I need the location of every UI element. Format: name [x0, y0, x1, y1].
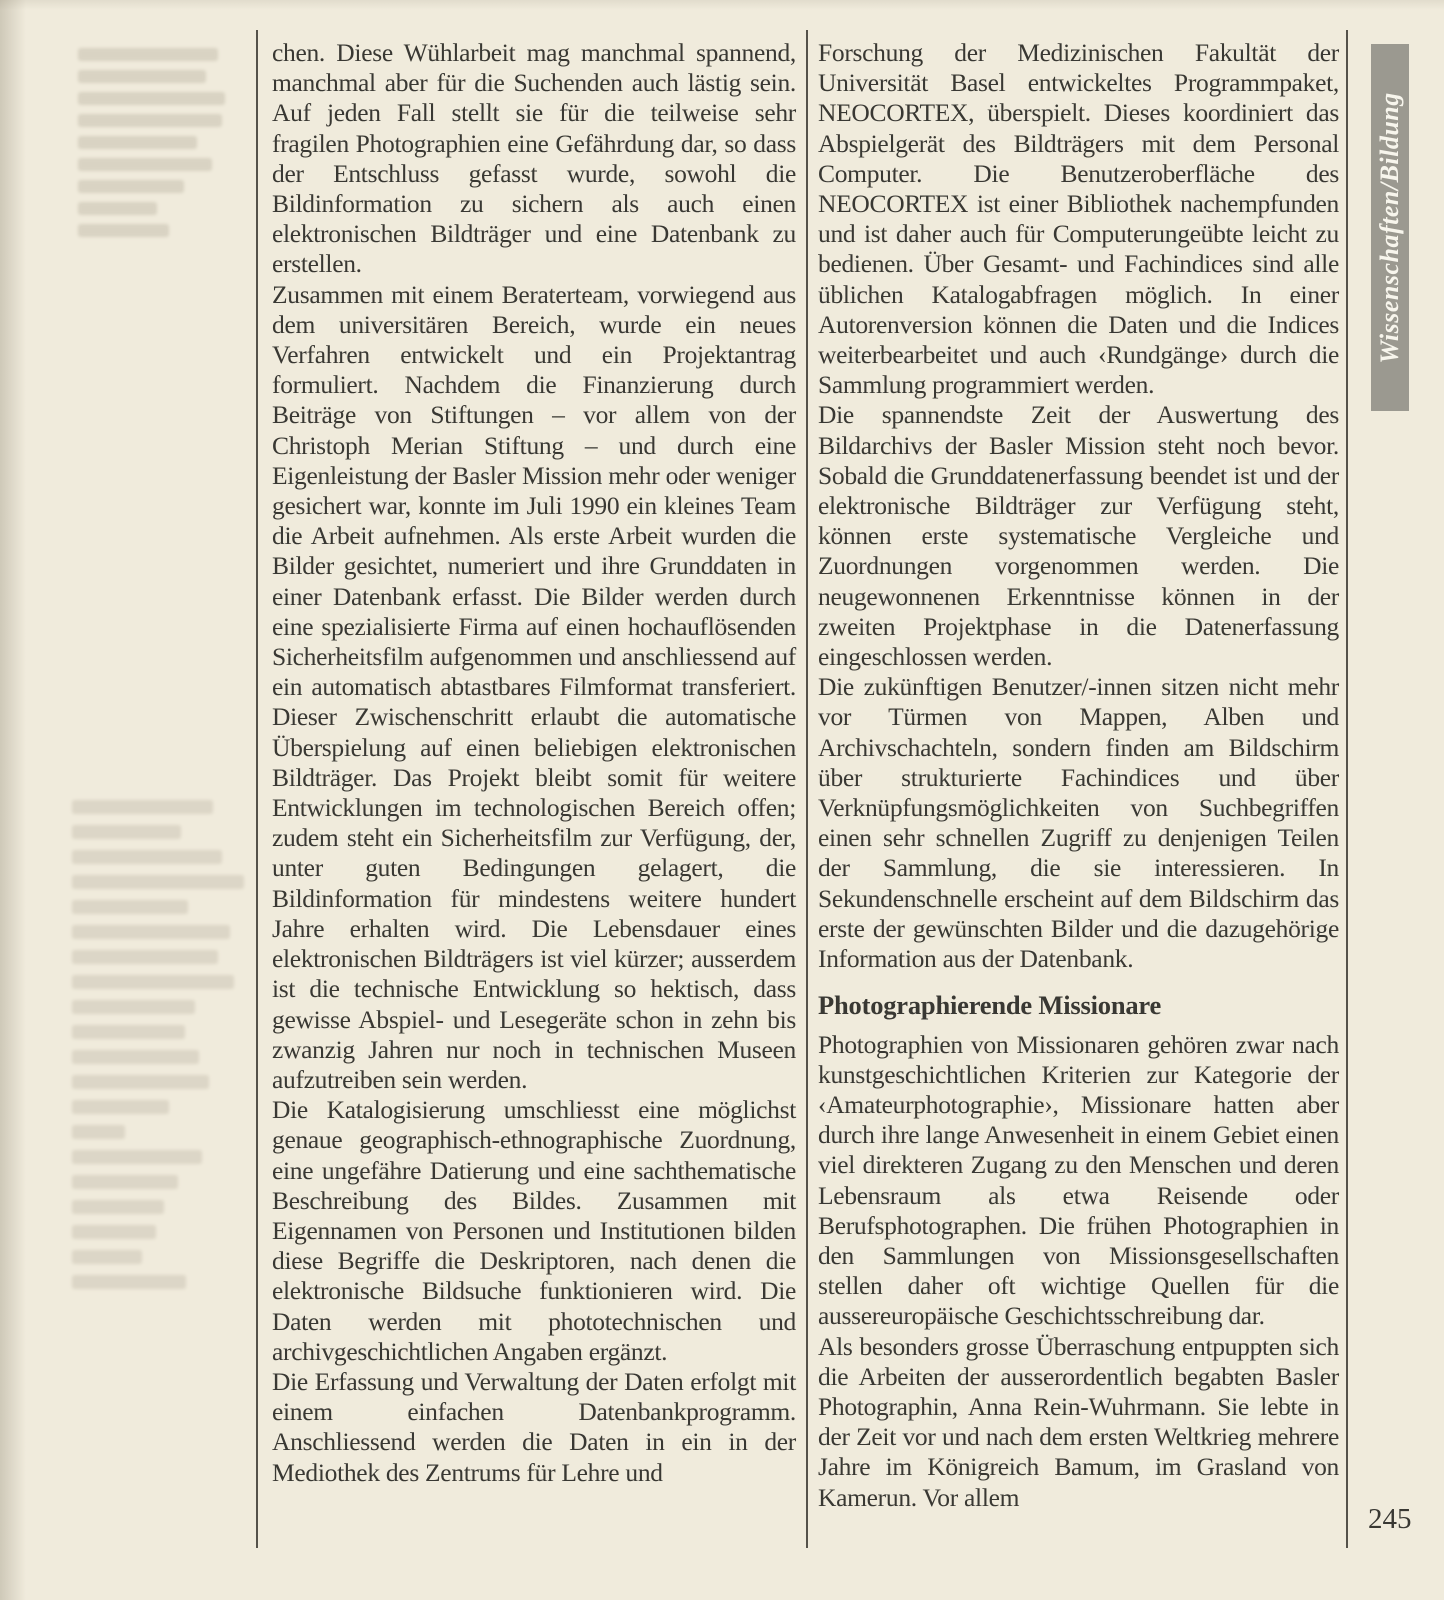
text-column-left: chen. Diese Wühlarbeit mag manchmal span…	[272, 38, 796, 1488]
print-through-line	[78, 158, 212, 171]
body-paragraph: chen. Diese Wühlarbeit mag manchmal span…	[272, 38, 796, 280]
print-through-line	[78, 224, 169, 237]
body-paragraph: Forschung der Medizinischen Fakultät der…	[818, 38, 1339, 400]
body-paragraph: Die Erfassung und Verwaltung der Daten e…	[272, 1367, 796, 1488]
column-rule-right	[1346, 30, 1348, 1548]
section-heading: Photographierende Missionare	[818, 990, 1339, 1020]
print-through-line	[72, 1000, 195, 1014]
print-through-line	[72, 850, 222, 864]
print-through-line	[72, 1200, 164, 1214]
print-through-line	[72, 975, 234, 989]
print-through-line	[72, 875, 244, 889]
print-through-text-middle	[72, 800, 248, 1300]
body-paragraph: Die zukünftigen Benutzer/-innen sitzen n…	[818, 672, 1339, 974]
body-paragraph: Die Katalogisierung umschliesst eine mög…	[272, 1095, 796, 1367]
print-through-line	[72, 1275, 186, 1289]
scanned-document-page: chen. Diese Wühlarbeit mag manchmal span…	[0, 0, 1444, 1600]
print-through-line	[72, 1250, 142, 1264]
print-through-line	[72, 950, 218, 964]
print-through-line	[72, 925, 230, 939]
print-through-line	[78, 136, 197, 149]
print-through-line	[72, 1225, 156, 1239]
column-rule-middle	[806, 30, 808, 1548]
print-through-text-top	[78, 48, 230, 246]
print-through-line	[78, 48, 218, 61]
print-through-line	[72, 1100, 169, 1114]
print-through-line	[72, 1150, 202, 1164]
print-through-line	[72, 1125, 125, 1139]
body-paragraph: Als besonders grosse Überraschung entpup…	[818, 1332, 1339, 1513]
print-through-line	[72, 1175, 178, 1189]
print-through-line	[78, 202, 157, 215]
print-through-line	[72, 800, 213, 814]
section-tab: Wissenschaften/Bildung	[1371, 44, 1409, 411]
print-through-line	[72, 1025, 185, 1039]
text-column-right: Forschung der Medizinischen Fakultät der…	[818, 38, 1339, 1513]
page-edge-shadow-left	[0, 0, 26, 1600]
page-number: 245	[1368, 1503, 1412, 1536]
print-through-line	[78, 70, 206, 83]
print-through-line	[72, 825, 181, 839]
body-paragraph: Photographien von Missionaren gehören zw…	[818, 1030, 1339, 1332]
body-paragraph: Die spannendste Zeit der Auswertung des …	[818, 400, 1339, 672]
column-rule-left	[256, 30, 258, 1548]
print-through-line	[72, 1075, 209, 1089]
print-through-line	[78, 92, 225, 105]
print-through-line	[72, 1050, 199, 1064]
section-tab-label: Wissenschaften/Bildung	[1375, 92, 1405, 364]
print-through-line	[78, 180, 184, 193]
body-paragraph: Zusammen mit einem Beraterteam, vorwiege…	[272, 280, 796, 1095]
print-through-line	[78, 114, 222, 127]
page-edge-shadow-top	[0, 0, 1444, 10]
print-through-line	[72, 900, 188, 914]
